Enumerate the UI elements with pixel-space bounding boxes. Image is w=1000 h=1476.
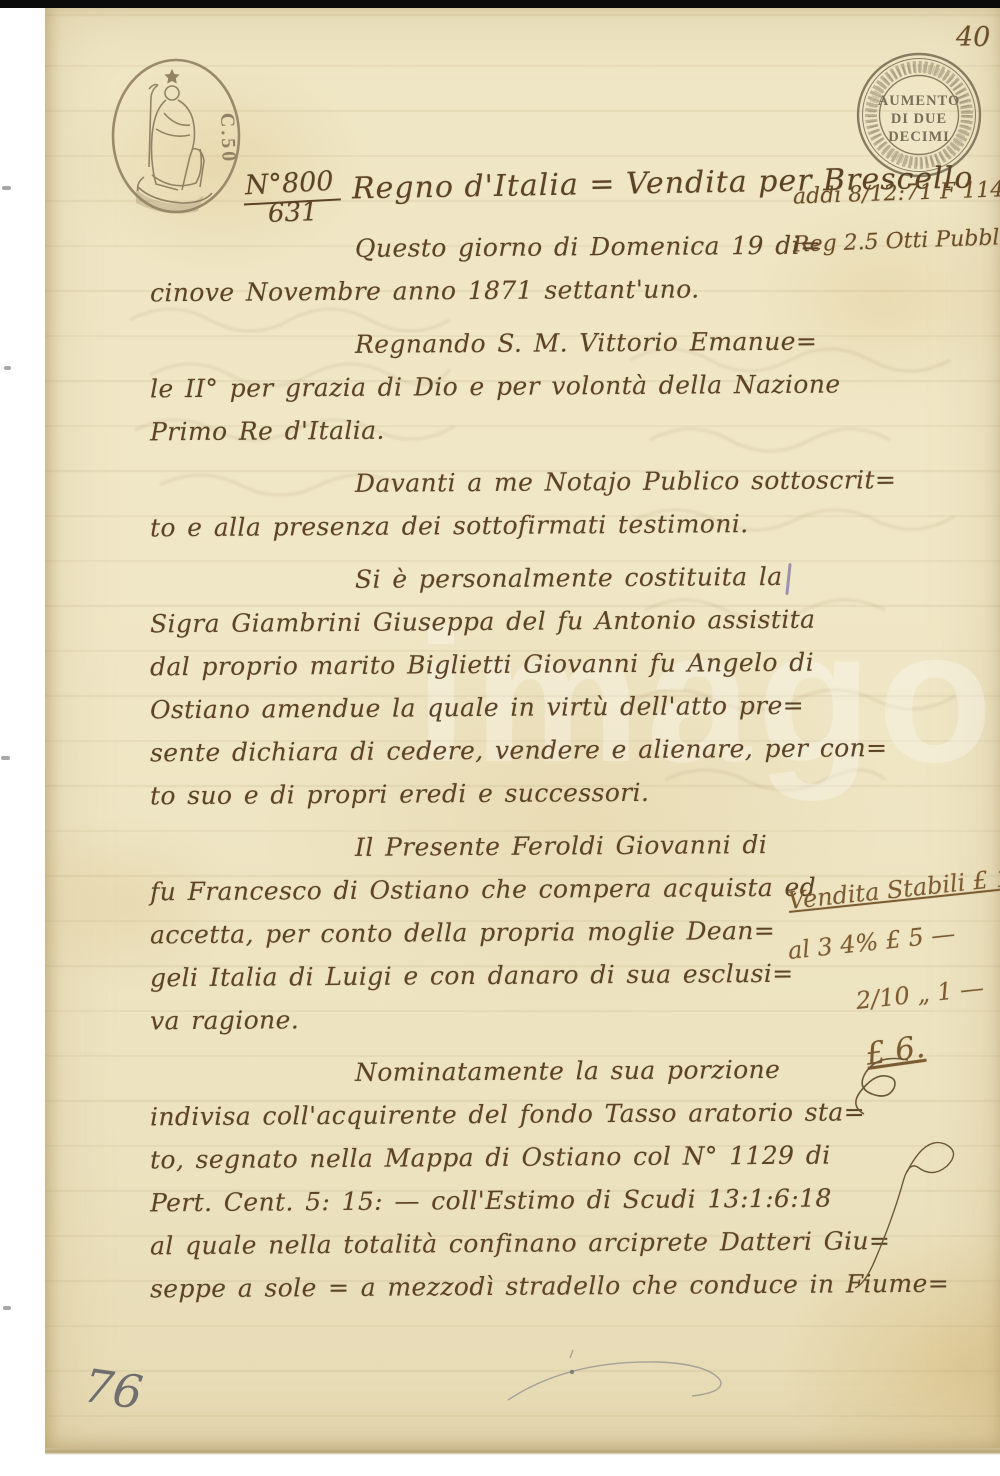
stamp-line-1: AUMENTO bbox=[878, 93, 960, 109]
margin-account: Vendita Stabili £ 1:al 3 4% £ 5 —2/10 „ … bbox=[788, 876, 1000, 1080]
scan-speck bbox=[1, 756, 10, 760]
pencil-flourish bbox=[500, 1338, 730, 1418]
manuscript-line: Nominatamente la sua porzione bbox=[150, 1048, 815, 1096]
manuscript-line: Questo giorno di Domenica 19 di= bbox=[150, 224, 815, 272]
stamp-line-3: DECIMI bbox=[888, 129, 950, 145]
manuscript-line: Regnando S. M. Vittorio Emanue= bbox=[150, 320, 815, 368]
manuscript-line: Si è personalmente costituita la bbox=[150, 555, 815, 603]
manuscript-line: dal proprio marito Biglietti Giovanni fu… bbox=[150, 641, 815, 689]
manuscript-line: Primo Re d'Italia. bbox=[150, 406, 815, 454]
manuscript-line: va ragione. bbox=[150, 995, 815, 1043]
manuscript-line: to e alla presenza dei sottofirmati test… bbox=[150, 502, 815, 550]
margin-note: addi 8/12:71 F 114 N°19 bbox=[793, 170, 1000, 222]
scanned-document-page: imago C.50 bbox=[0, 0, 1000, 1476]
manuscript-line: sente dichiara di cedere, vendere e alie… bbox=[150, 727, 815, 775]
manuscript-line: fu Francesco di Ostiano che compera acqu… bbox=[150, 866, 815, 914]
manuscript-line: seppe a sole = a mezzodì stradello che c… bbox=[150, 1263, 815, 1311]
manuscript-line: Davanti a me Notajo Publico sottoscrit= bbox=[150, 459, 815, 507]
page-corner-number: 40 bbox=[956, 22, 990, 53]
manuscript-line: le II° per grazia di Dio e per volontà d… bbox=[150, 363, 815, 411]
star-icon bbox=[164, 69, 179, 84]
revenue-stamp-c50: C.50 bbox=[108, 55, 244, 217]
manuscript-line: to suo e di propri eredi e successori. bbox=[150, 770, 815, 818]
scan-speck bbox=[4, 366, 11, 370]
manuscript-line: geli Italia di Luigi e con danaro di sua… bbox=[150, 952, 815, 1000]
scan-edge-top bbox=[0, 0, 1000, 8]
manuscript-line: Ostiano amendue la quale in virtù dell'a… bbox=[150, 684, 815, 732]
manuscript-line: indivisa coll'acquirente del fondo Tasso… bbox=[150, 1091, 815, 1139]
scan-speck bbox=[2, 186, 11, 190]
manuscript-line: accetta, per conto della propria moglie … bbox=[150, 909, 815, 957]
manuscript-line: cinove Novembre anno 1871 settant'uno. bbox=[150, 267, 815, 315]
stamp-value-label: C.50 bbox=[216, 112, 240, 164]
manuscript-line: to, segnato nella Mappa di Ostiano col N… bbox=[150, 1134, 815, 1182]
stamp-line-2: DI DUE bbox=[891, 111, 947, 127]
manuscript-line: Pert. Cent. 5: 15: — coll'Estimo di Scud… bbox=[150, 1177, 815, 1225]
margin-notes-top: addi 8/12:71 F 114 N°19Reg 2.5 Otti Pubb… bbox=[793, 170, 1000, 266]
margin-note: Reg 2.5 Otti Pubblici bbox=[793, 214, 1000, 266]
manuscript-body: Questo giorno di Domenica 19 di=cinove N… bbox=[150, 226, 815, 1308]
scan-speck bbox=[3, 1306, 11, 1310]
manuscript-line: al quale nella totalità confinano arcipr… bbox=[150, 1220, 815, 1268]
paper-bottom-edge bbox=[45, 1448, 1000, 1455]
document-number-alt: 631 bbox=[267, 197, 318, 229]
manuscript-line: Sigra Giambrini Giuseppa del fu Antonio … bbox=[150, 598, 815, 646]
manuscript-line: Il Presente Feroldi Giovanni di bbox=[150, 823, 815, 871]
paraph-flourish bbox=[845, 1110, 975, 1300]
pencil-page-number: 76 bbox=[81, 1358, 146, 1420]
